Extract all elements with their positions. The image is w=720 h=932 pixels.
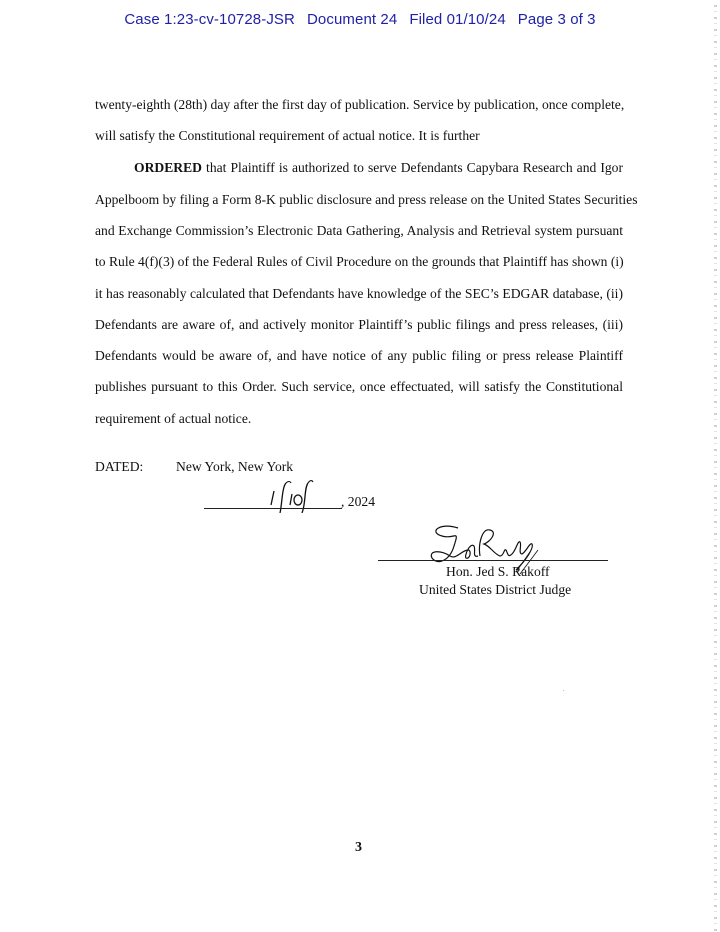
body-line-3-text: that Plaintiff is authorized to serve De… xyxy=(206,160,623,175)
page-indicator: Page 3 of 3 xyxy=(518,11,596,28)
date-year: , 2024 xyxy=(341,494,375,510)
judge-title: United States District Judge xyxy=(419,582,571,598)
dated-place: New York, New York xyxy=(176,459,293,475)
date-underline xyxy=(204,508,342,509)
body-line-11: requirement of actual notice. xyxy=(95,411,623,427)
dated-label: DATED: xyxy=(95,459,143,475)
signature-line xyxy=(378,560,608,561)
handwritten-date xyxy=(262,477,342,518)
ordered-keyword: ORDERED xyxy=(134,160,202,175)
body-line-5: and Exchange Commission’s Electronic Dat… xyxy=(95,223,623,239)
body-line-9: Defendants would be aware of, and have n… xyxy=(95,348,623,364)
body-line-1: twenty-eighth (28th) day after the first… xyxy=(95,97,623,113)
body-line-10: publishes pursuant to this Order. Such s… xyxy=(95,379,623,395)
scan-speck xyxy=(563,690,564,691)
page-number: 3 xyxy=(355,840,362,856)
body-line-4: Appelboom by filing a Form 8-K public di… xyxy=(95,192,623,208)
body-line-7: it has reasonably calculated that Defend… xyxy=(95,286,623,302)
filed-date: Filed 01/10/24 xyxy=(409,11,505,28)
body-line-8: Defendants are aware of, and actively mo… xyxy=(95,317,623,333)
body-line-2: will satisfy the Constitutional requirem… xyxy=(95,128,623,144)
body-line-3: ORDERED that Plaintiff is authorized to … xyxy=(134,160,623,176)
body-line-6: to Rule 4(f)(3) of the Federal Rules of … xyxy=(95,254,623,270)
scan-edge-artifact xyxy=(714,0,717,932)
judge-name: Hon. Jed S. Rakoff xyxy=(446,564,550,580)
ecf-header: Case 1:23-cv-10728-JSRDocument 24Filed 0… xyxy=(0,11,720,28)
case-number: Case 1:23-cv-10728-JSR xyxy=(124,11,295,28)
document-number: Document 24 xyxy=(307,11,397,28)
